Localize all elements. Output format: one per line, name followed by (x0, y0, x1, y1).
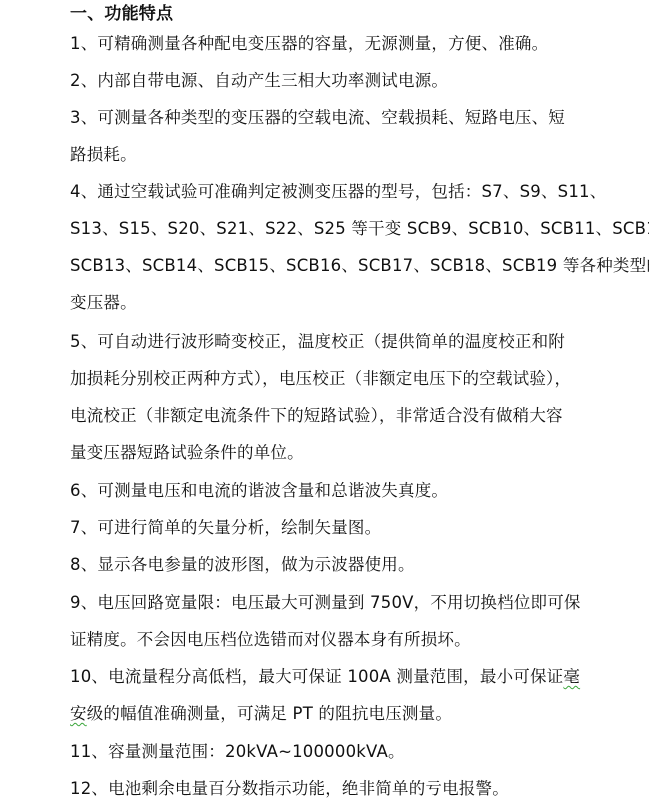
feature-line-4: 4、通过空载试验可准确判定被测变压器的型号，包括：S7、S9、S11、 (70, 182, 606, 202)
feature-line-5: 5、可自动进行波形畸变校正，温度校正（提供简单的温度校正和附 (70, 332, 565, 352)
feature-line-9b: 证精度。不会因电压档位选错而对仪器本身有所损坏。 (70, 630, 471, 650)
section-heading: 一、功能特点 (70, 4, 173, 24)
feature-line-4d: 变压器。 (70, 293, 137, 313)
feature-line-6: 6、可测量电压和电流的谐波含量和总谐波失真度。 (70, 481, 448, 501)
feature-line-10: 10、电流量程分高低档，最大可保证 100A 测量范围，最小可保证毫 (70, 667, 580, 687)
feature-line-11: 11、容量测量范围：20kVA~100000kVA。 (70, 742, 405, 762)
feature-line-5d: 量变压器短路试验条件的单位。 (70, 443, 304, 463)
feature-line-12: 12、电池剩余电量百分数指示功能，绝非简单的亏电报警。 (70, 779, 509, 799)
feature-line-2: 2、内部自带电源、自动产生三相大功率测试电源。 (70, 71, 448, 91)
feature-line-4c: SCB13、SCB14、SCB15、SCB16、SCB17、SCB18、SCB1… (70, 256, 649, 276)
feature-line-8: 8、显示各电参量的波形图，做为示波器使用。 (70, 555, 415, 575)
spellcheck-flag[interactable]: 毫 (563, 667, 580, 686)
feature-line-5c: 电流校正（非额定电流条件下的短路试验），非常适合没有做稍大容 (70, 406, 563, 426)
feature-line-3b: 路损耗。 (70, 145, 137, 165)
feature-line-9: 9、电压回路宽量限：电压最大可测量到 750V，不用切换档位即可保 (70, 593, 581, 613)
feature-line-1: 1、可精确测量各种配电变压器的容量，无源测量，方便、准确。 (70, 34, 548, 54)
feature-line-10b-text: 级的幅值准确测量，可满足 PT 的阻抗电压测量。 (87, 704, 452, 723)
feature-line-10b: 安级的幅值准确测量，可满足 PT 的阻抗电压测量。 (70, 704, 452, 724)
feature-line-4b: S13、S15、S20、S21、S22、S25 等干变 SCB9、SCB10、S… (70, 219, 649, 239)
feature-line-7: 7、可进行简单的矢量分析，绘制矢量图。 (70, 518, 381, 538)
feature-line-3: 3、可测量各种类型的变压器的空载电流、空载损耗、短路电压、短 (70, 108, 565, 128)
spellcheck-flag[interactable]: 安 (70, 704, 87, 723)
feature-line-10-text: 10、电流量程分高低档，最大可保证 100A 测量范围，最小可保证 (70, 667, 563, 686)
feature-line-5b: 加损耗分别校正两种方式），电压校正（非额定电压下的空载试验）， (70, 369, 571, 389)
